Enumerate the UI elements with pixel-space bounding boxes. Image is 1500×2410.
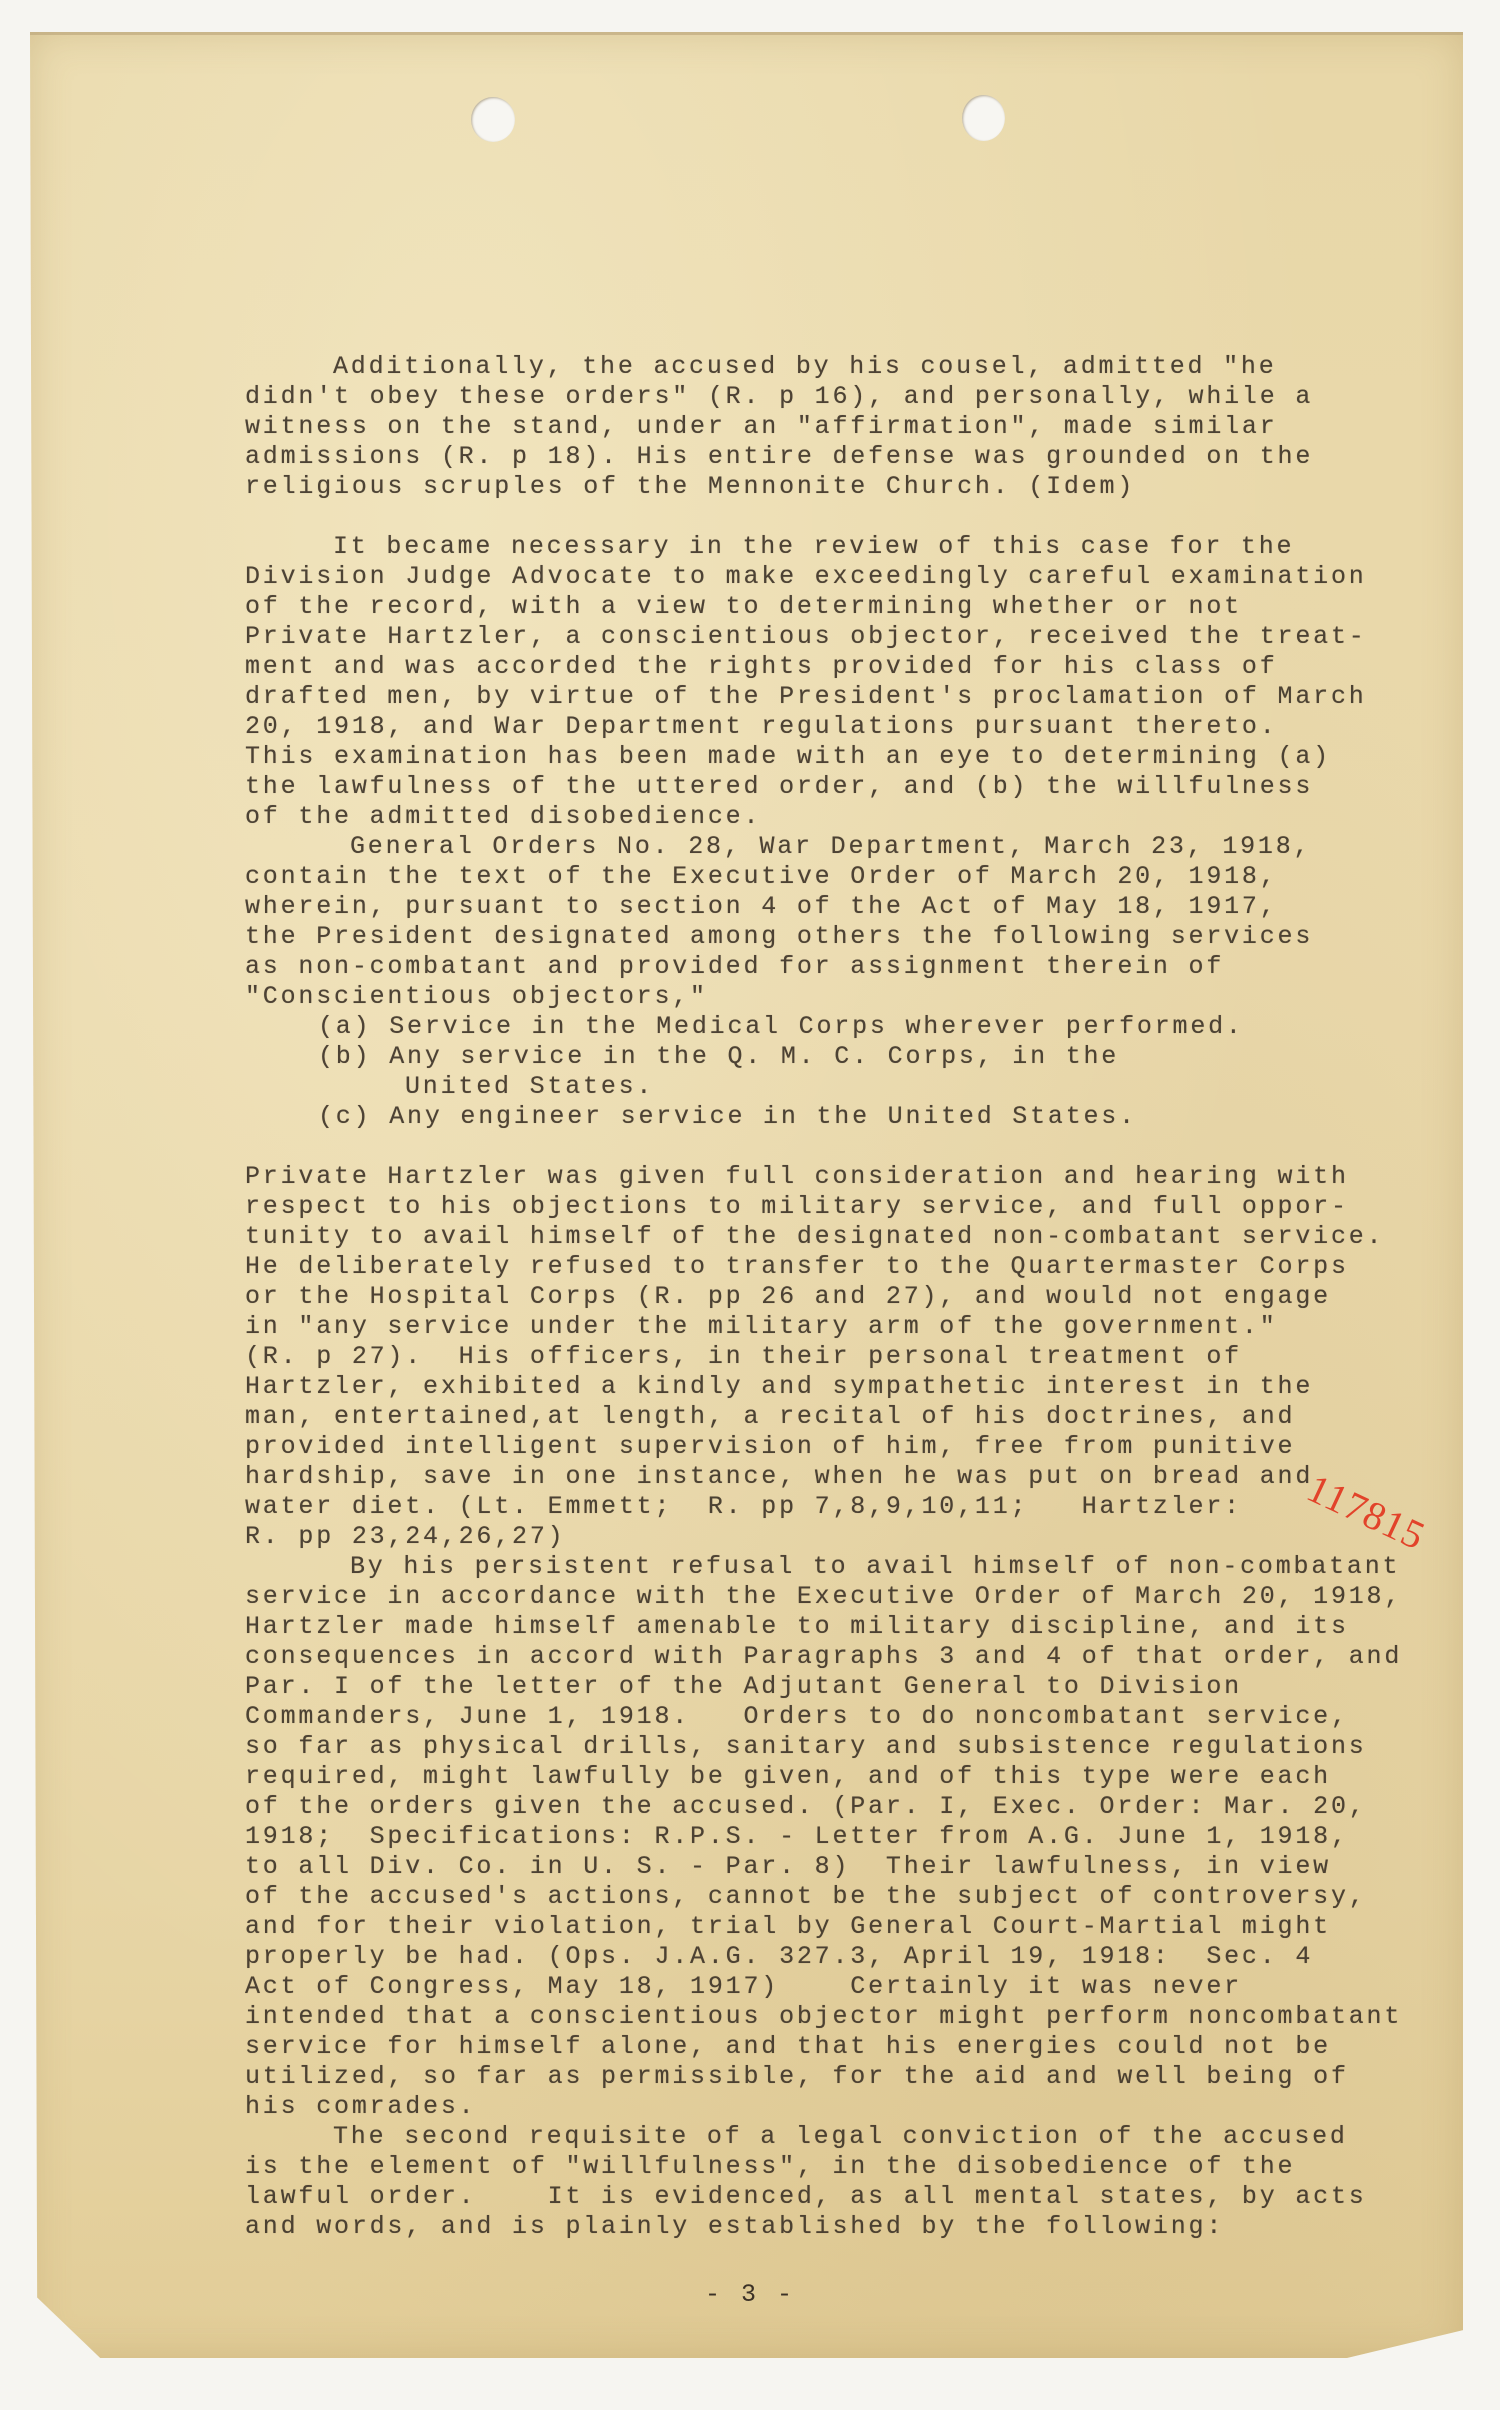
text-line: It became necessary in the review of thi…	[333, 532, 1294, 562]
text-line: Private Hartzler, a conscientious object…	[245, 622, 1367, 652]
text-line: The second requisite of a legal convicti…	[333, 2122, 1348, 2152]
page-number: - 3 -	[0, 2280, 1500, 2309]
text-line: (c) Any engineer service in the United S…	[318, 1102, 1137, 1132]
text-line: respect to his objections to military se…	[245, 1192, 1349, 1222]
text-line: Par. I of the letter of the Adjutant Gen…	[245, 1672, 1242, 1702]
text-line: Division Judge Advocate to make exceedin…	[245, 562, 1367, 592]
text-line: Private Hartzler was given full consider…	[245, 1162, 1349, 1192]
text-line: the President designated among others th…	[245, 922, 1313, 952]
text-line: lawful order. It is evidenced, as all me…	[245, 2182, 1367, 2212]
text-line: "Conscientious objectors,"	[245, 982, 708, 1012]
text-line: didn't obey these orders" (R. p 16), and…	[245, 382, 1313, 412]
text-line: service in accordance with the Executive…	[245, 1582, 1402, 1612]
text-line: ment and was accorded the rights provide…	[245, 652, 1278, 682]
text-line: man, entertained,at length, a recital of…	[245, 1402, 1295, 1432]
text-line: in "any service under the military arm o…	[245, 1312, 1278, 1342]
text-line: provided intelligent supervision of him,…	[245, 1432, 1295, 1462]
text-line: Commanders, June 1, 1918. Orders to do n…	[245, 1702, 1349, 1732]
text-line: Hartzler, exhibited a kindly and sympath…	[245, 1372, 1313, 1402]
text-line: Hartzler made himself amenable to milita…	[245, 1612, 1349, 1642]
text-line: of the accused's actions, cannot be the …	[245, 1882, 1367, 1912]
text-line: Act of Congress, May 18, 1917) Certainly…	[245, 1972, 1242, 2002]
text-line: 1918; Specifications: R.P.S. - Letter fr…	[245, 1822, 1349, 1852]
text-line: wherein, pursuant to section 4 of the Ac…	[245, 892, 1278, 922]
paper-top-edge	[30, 32, 1463, 35]
text-line: his comrades.	[245, 2092, 476, 2122]
text-line: religious scruples of the Mennonite Chur…	[245, 472, 1135, 502]
text-line: of the admitted disobedience.	[245, 802, 761, 832]
text-line: (a) Service in the Medical Corps whereve…	[318, 1012, 1244, 1042]
text-line: By his persistent refusal to avail himse…	[350, 1552, 1400, 1582]
text-line: or the Hospital Corps (R. pp 26 and 27),…	[245, 1282, 1331, 1312]
text-line: of the orders given the accused. (Par. I…	[245, 1792, 1367, 1822]
text-line: is the element of "willfulness", in the …	[245, 2152, 1295, 2182]
text-line: the lawfulness of the uttered order, and…	[245, 772, 1313, 802]
text-line: consequences in accord with Paragraphs 3…	[245, 1642, 1402, 1672]
text-line: tunity to avail himself of the designate…	[245, 1222, 1384, 1252]
text-line: and for their violation, trial by Genera…	[245, 1912, 1331, 1942]
text-line: intended that a conscientious objector m…	[245, 2002, 1402, 2032]
punch-hole-left	[471, 97, 515, 142]
text-line: He deliberately refused to transfer to t…	[245, 1252, 1349, 1282]
text-line: hardship, save in one instance, when he …	[245, 1462, 1313, 1492]
text-line: (R. p 27). His officers, in their person…	[245, 1342, 1242, 1372]
text-line: United States.	[405, 1072, 654, 1102]
punch-hole-right	[962, 95, 1005, 141]
text-line: required, might lawfully be given, and o…	[245, 1762, 1331, 1792]
text-line: to all Div. Co. in U. S. - Par. 8) Their…	[245, 1852, 1331, 1882]
text-line: R. pp 23,24,26,27)	[245, 1522, 565, 1552]
text-line: Additionally, the accused by his cousel,…	[333, 352, 1277, 382]
text-line: (b) Any service in the Q. M. C. Corps, i…	[318, 1042, 1119, 1072]
text-line: drafted men, by virtue of the President'…	[245, 682, 1367, 712]
text-line: admissions (R. p 18). His entire defense…	[245, 442, 1313, 472]
text-line: properly be had. (Ops. J.A.G. 327.3, Apr…	[245, 1942, 1313, 1972]
text-line: General Orders No. 28, War Department, M…	[350, 832, 1311, 862]
text-line: This examination has been made with an e…	[245, 742, 1331, 772]
text-line: water diet. (Lt. Emmett; R. pp 7,8,9,10,…	[245, 1492, 1242, 1522]
text-line: service for himself alone, and that his …	[245, 2032, 1331, 2062]
text-line: and words, and is plainly established by…	[245, 2212, 1224, 2242]
text-line: so far as physical drills, sanitary and …	[245, 1732, 1367, 1762]
text-line: contain the text of the Executive Order …	[245, 862, 1278, 892]
text-line: as non-combatant and provided for assign…	[245, 952, 1224, 982]
text-line: witness on the stand, under an "affirmat…	[245, 412, 1278, 442]
text-line: of the record, with a view to determinin…	[245, 592, 1242, 622]
text-line: 20, 1918, and War Department regulations…	[245, 712, 1278, 742]
text-line: utilized, so far as permissible, for the…	[245, 2062, 1349, 2092]
